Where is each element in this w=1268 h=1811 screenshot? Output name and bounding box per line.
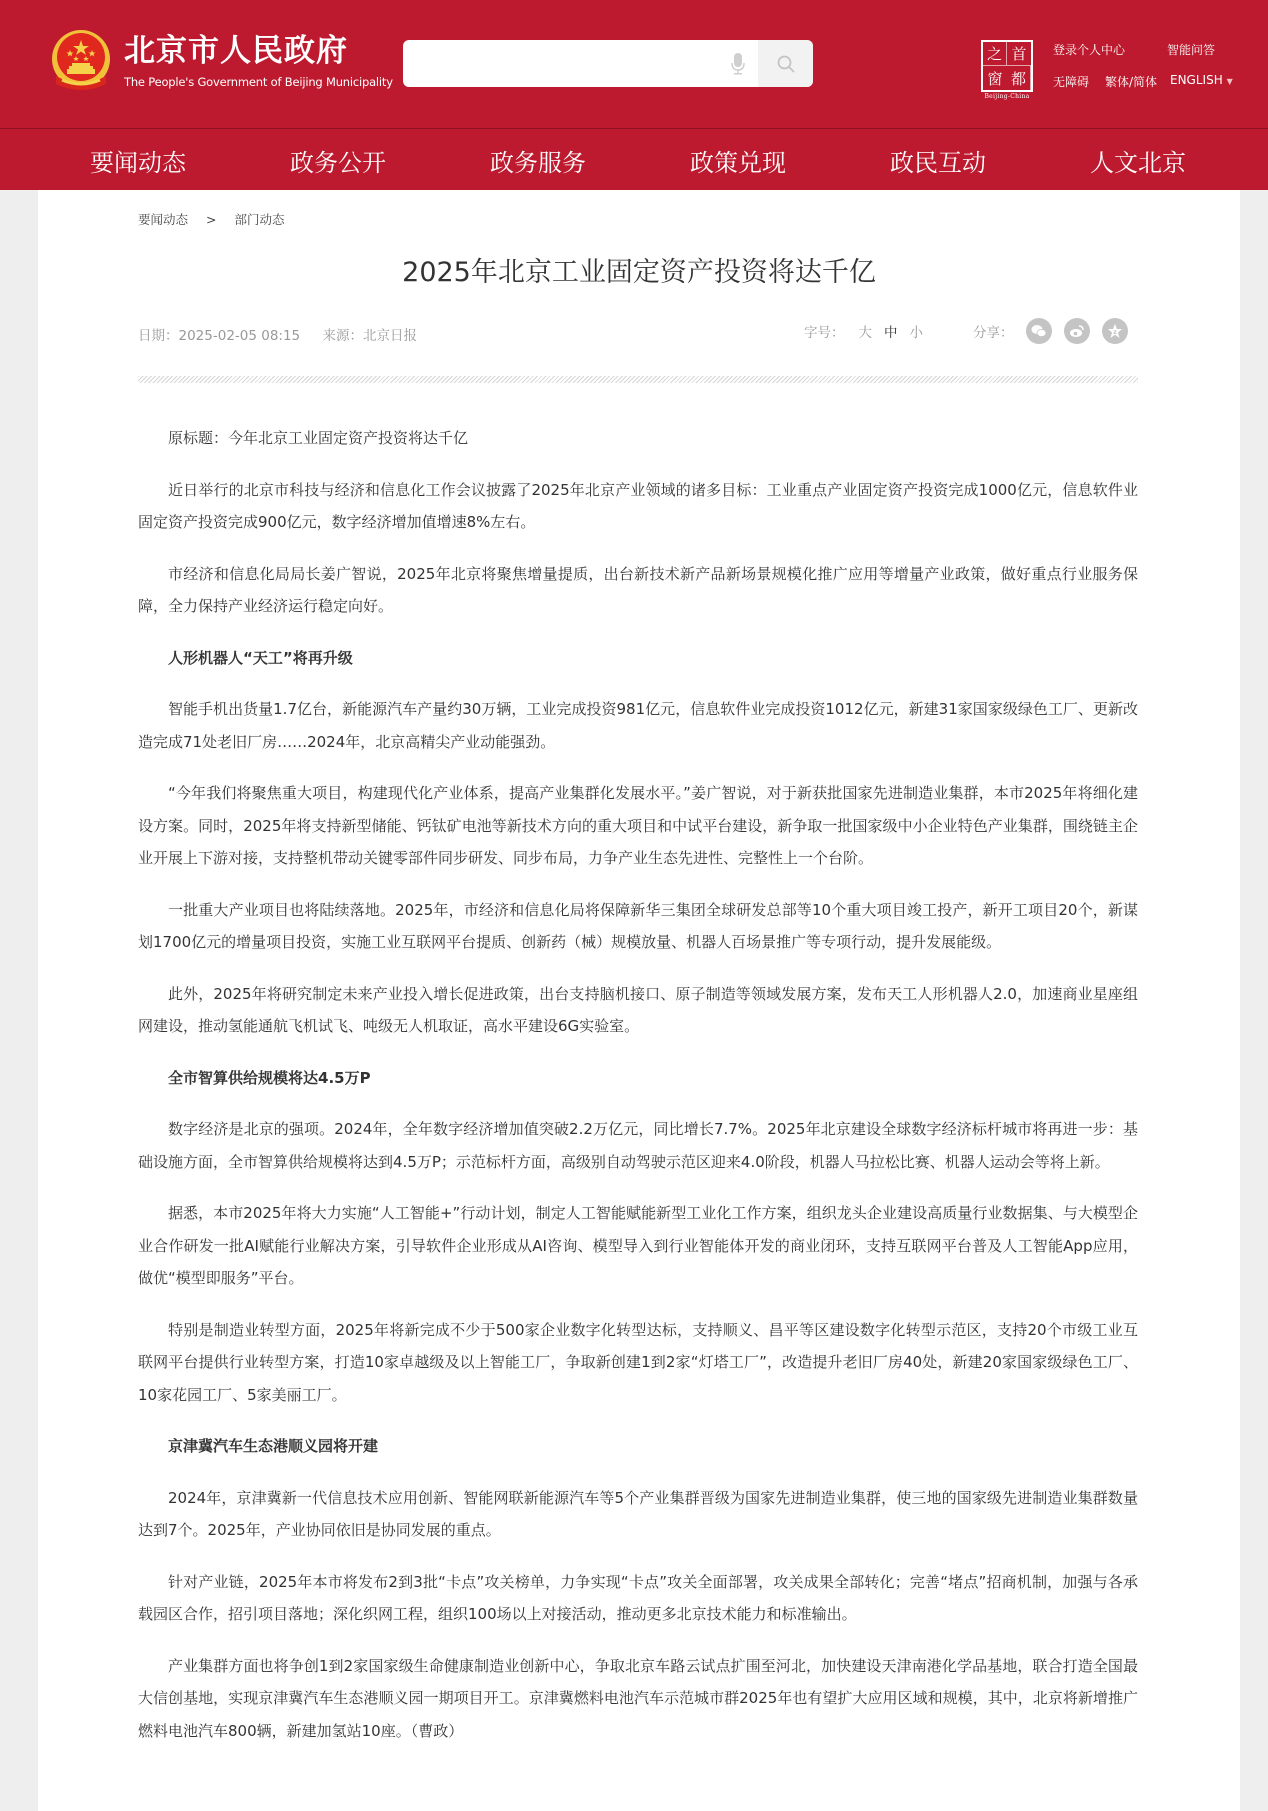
breadcrumb-item-news[interactable]: 要闻动态 (138, 212, 188, 227)
breadcrumb: 要闻动态 > 部门动态 (138, 210, 284, 228)
search-icon (776, 54, 796, 74)
article-subheading: 人形机器人“天工”将再升级 (138, 642, 1138, 675)
national-emblem-icon (48, 28, 114, 94)
article-paragraph: 数字经济是北京的强项。2024年，全年数字经济增加值突破2.2万亿元，同比增长7… (138, 1113, 1138, 1178)
article-paragraph: 据悉，本市2025年将大力实施“人工智能+”行动计划，制定人工智能赋能新型工业化… (138, 1197, 1138, 1295)
article-body: 原标题：今年北京工业固定资产投资将达千亿 近日举行的北京市科技与经济和信息化工作… (138, 422, 1138, 1766)
main-nav: 要闻动态 政务公开 政务服务 政策兑现 政民互动 人文北京 (0, 129, 1268, 190)
login-link[interactable]: 登录个人中心 (1053, 41, 1125, 58)
site-logo[interactable]: 北京市人民政府 The People's Government of Beiji… (48, 28, 393, 94)
wechat-icon[interactable] (1026, 318, 1052, 344)
capital-logo-char: 首 (1007, 42, 1031, 66)
article-paragraph: 针对产业链，2025年本市将发布2到3批“卡点”攻关榜单，力争实现“卡点”攻关全… (138, 1566, 1138, 1631)
capital-logo-subtitle: Beijing-China (977, 93, 1037, 100)
article-paragraph: 市经济和信息化局局长姜广智说，2025年北京将聚焦增量提质，出台新技术新产品新场… (138, 558, 1138, 623)
article-subheading: 京津冀汽车生态港顺义园将开建 (138, 1430, 1138, 1463)
english-dropdown[interactable]: ENGLISH ▼ (1170, 73, 1233, 87)
article-paragraph: 此外，2025年将研究制定未来产业投入增长促进政策，出台支持脑机接口、原子制造等… (138, 978, 1138, 1043)
article-subheading: 全市智算供给规模将达4.5万P (138, 1062, 1138, 1095)
site-name-cn: 北京市人民政府 (124, 33, 393, 69)
font-size-medium-button[interactable]: 中 (884, 321, 898, 341)
capital-logo-char: 都 (1007, 66, 1031, 90)
share-label: 分享： (973, 321, 1014, 341)
breadcrumb-separator: > (206, 212, 216, 227)
site-header: 北京市人民政府 The People's Government of Beiji… (0, 0, 1268, 129)
search-button[interactable] (758, 40, 813, 87)
article-paragraph: 2024年，京津冀新一代信息技术应用创新、智能网联新能源汽车等5个产业集群晋级为… (138, 1482, 1138, 1547)
article-meta: 日期：2025-02-05 08:15 来源：北京日报 (138, 324, 435, 344)
microphone-icon[interactable] (718, 40, 758, 87)
article-paragraph: 特别是制造业转型方面，2025年将新完成不少于500家企业数字化转型达标，支持顺… (138, 1314, 1138, 1412)
svg-text:z: z (1113, 329, 1117, 336)
hatched-divider (138, 376, 1138, 383)
article-paragraph: 近日举行的北京市科技与经济和信息化工作会议披露了2025年北京产业领域的诸多目标… (138, 474, 1138, 539)
nav-item-gov-services[interactable]: 政务服务 (490, 143, 586, 178)
capital-logo-char: 之 (983, 42, 1007, 66)
traditional-simplified-link[interactable]: 繁体/简体 (1105, 73, 1157, 90)
capital-window-logo[interactable]: 之 首 都 窗 (981, 40, 1033, 92)
nav-item-gov-affairs-open[interactable]: 政务公开 (290, 143, 386, 178)
content-panel: 要闻动态 > 部门动态 2025年北京工业固定资产投资将达千亿 日期：2025-… (38, 190, 1240, 1811)
nav-item-culture[interactable]: 人文北京 (1090, 143, 1186, 178)
qzone-icon[interactable]: z (1102, 318, 1128, 344)
accessibility-link[interactable]: 无障碍 (1053, 73, 1089, 90)
article-paragraph: 原标题：今年北京工业固定资产投资将达千亿 (138, 422, 1138, 455)
nav-item-news[interactable]: 要闻动态 (90, 143, 186, 178)
font-size-label: 字号： (804, 321, 845, 341)
site-name-en: The People's Government of Beijing Munic… (124, 75, 393, 89)
search-input[interactable] (403, 40, 718, 87)
article-paragraph: 产业集群方面也将争创1到2家国家级生命健康制造业创新中心，争取北京车路云试点扩围… (138, 1650, 1138, 1748)
search-box (403, 40, 813, 87)
article-paragraph: “今年我们将聚焦重大项目，构建现代化产业体系，提高产业集群化发展水平。”姜广智说… (138, 777, 1138, 875)
breadcrumb-item-department[interactable]: 部门动态 (234, 212, 284, 227)
caret-down-icon: ▼ (1227, 77, 1233, 86)
english-label: ENGLISH (1170, 73, 1223, 87)
article-paragraph: 一批重大产业项目也将陆续落地。2025年，市经济和信息化局将保障新华三集团全球研… (138, 894, 1138, 959)
nav-item-interaction[interactable]: 政民互动 (890, 143, 986, 178)
article-paragraph: 智能手机出货量1.7亿台，新能源汽车产量约30万辆，工业完成投资981亿元，信息… (138, 693, 1138, 758)
nav-item-policy[interactable]: 政策兑现 (690, 143, 786, 178)
weibo-icon[interactable] (1064, 318, 1090, 344)
article-date: 日期：2025-02-05 08:15 (138, 328, 300, 344)
article-title: 2025年北京工业固定资产投资将达千亿 (38, 250, 1240, 289)
capital-logo-char: 窗 (983, 66, 1007, 90)
smart-qa-link[interactable]: 智能问答 (1167, 41, 1215, 58)
article-tools: 字号： 大 中 小 分享： z (804, 318, 1128, 344)
font-size-large-button[interactable]: 大 (859, 321, 873, 341)
font-size-small-button[interactable]: 小 (910, 321, 924, 341)
article-source: 来源：北京日报 (322, 328, 417, 344)
